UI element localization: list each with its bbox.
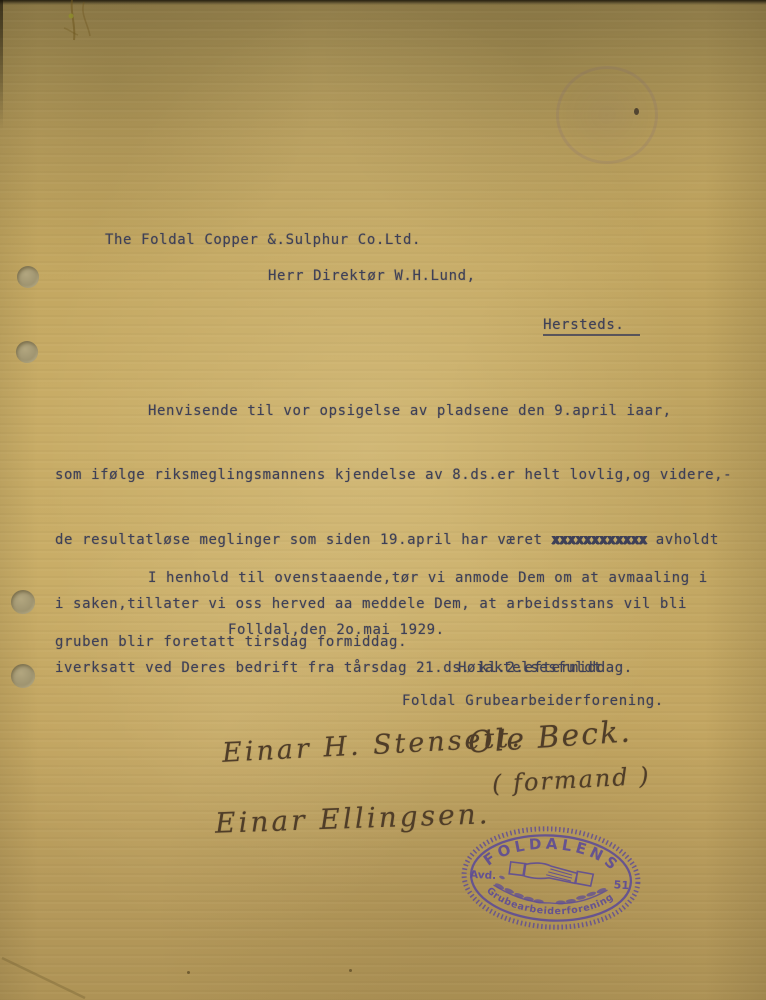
punch-hole [11,590,35,614]
punch-hole [17,266,39,288]
body-line: Henvisende til vor opsigelse av pladsene… [148,395,732,427]
signature-title-formand: ( formand ) [491,762,651,798]
body-paragraph-2: I henhold til ovenstaaende,tør vi anmode… [55,530,708,691]
stamp-avd-label: Avd. [470,869,497,882]
paper-speck [349,969,352,972]
body-line: som ifølge riksmeglingsmannens kjendelse… [55,459,732,491]
punch-hole [11,664,35,688]
organization-name: Foldal Grubearbeiderforening. [402,693,664,709]
rubber-stamp: FOLDALENS Grubearbeiderforening Avd. 51 [455,819,646,937]
recipient-attn: Herr Direktør W.H.Lund, [268,268,476,284]
signature-ole-beck: Ole Beck. [467,714,633,760]
punch-hole [16,341,38,363]
paper-speck [187,971,190,974]
scanned-letter-page: The Foldal Copper &.Sulphur Co.Ltd. Herr… [0,0,766,1000]
pen-scribble-mark [50,0,150,62]
corner-crease-mark [0,940,120,1000]
scan-left-edge-shadow [0,0,3,130]
valediction: Høiaktelsesfuldt [458,660,602,676]
recipient-place-text: Hersteds. [543,317,640,336]
signature-einar-ellingsen: Einar Ellingsen. [215,797,492,840]
recipient-company: The Foldal Copper &.Sulphur Co.Ltd. [105,232,421,248]
body-line: I henhold til ovenstaaende,tør vi anmode… [148,562,708,594]
ghost-stamp-impression [556,66,658,164]
scan-top-edge-shadow [0,0,766,5]
dateline: Folldal,den 2o.mai 1929. [228,622,445,638]
recipient-place: Hersteds. [507,301,640,349]
stamp-number-label: 51 [613,878,629,892]
handshake-icon [509,862,594,887]
ink-speck [634,108,639,115]
